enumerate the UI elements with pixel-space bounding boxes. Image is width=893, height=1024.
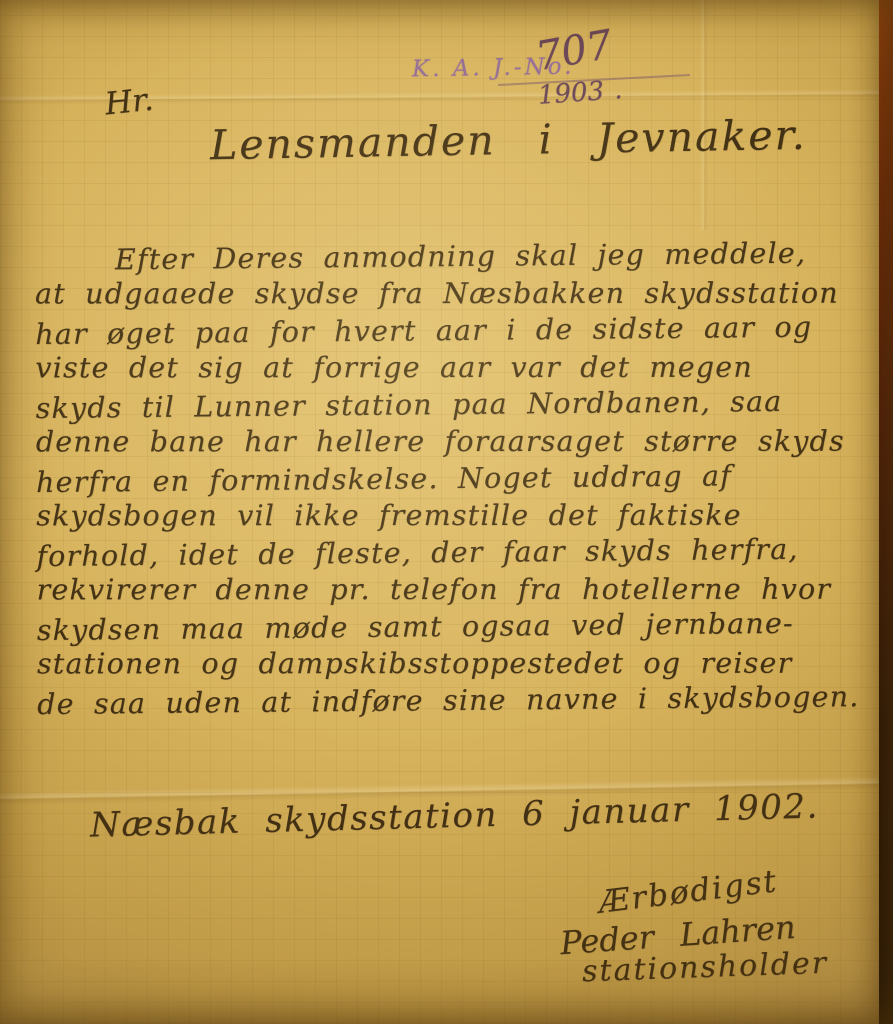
body-line: skyds til Lunner station paa Nordbanen, … (35, 382, 875, 427)
body-line: har øget paa for hvert aar i de sidste a… (35, 308, 875, 353)
body-line: rekvirerer denne pr. telefon fra hotelle… (37, 571, 877, 609)
body-line: denne bane har hellere foraarsaget størr… (36, 423, 876, 461)
body-line: viste det sig at forrige aar var det meg… (35, 349, 875, 387)
body-line: stationen og dampskibsstoppestedet og re… (37, 645, 877, 683)
salutation: Hr. (103, 82, 155, 123)
stamp-year-text: 1903 (537, 76, 605, 111)
body-line: skydsbogen vil ikke fremstille det fakti… (36, 497, 876, 535)
body-line: herfra en formindskelse. Noget uddrag af (36, 456, 876, 501)
body-line: at udgaaede skydse fra Næsbakken skydsst… (35, 275, 875, 313)
stamp-year: 1903. (537, 75, 623, 111)
body-line: forhold, idet de fleste, der faar skyds … (36, 530, 876, 575)
body-line: de saa uden at indføre sine navne i skyd… (37, 678, 877, 723)
document-photo: K. A. J.-No. 707 1903. Hr. Lensmanden i … (0, 0, 893, 1024)
letter-body: Efter Deres anmodning skal jeg meddele, … (35, 236, 878, 721)
body-line: Efter Deres anmodning skal jeg meddele, (35, 234, 875, 279)
body-line: skydsen maa møde samt ogsaa ved jernbane… (37, 604, 877, 649)
